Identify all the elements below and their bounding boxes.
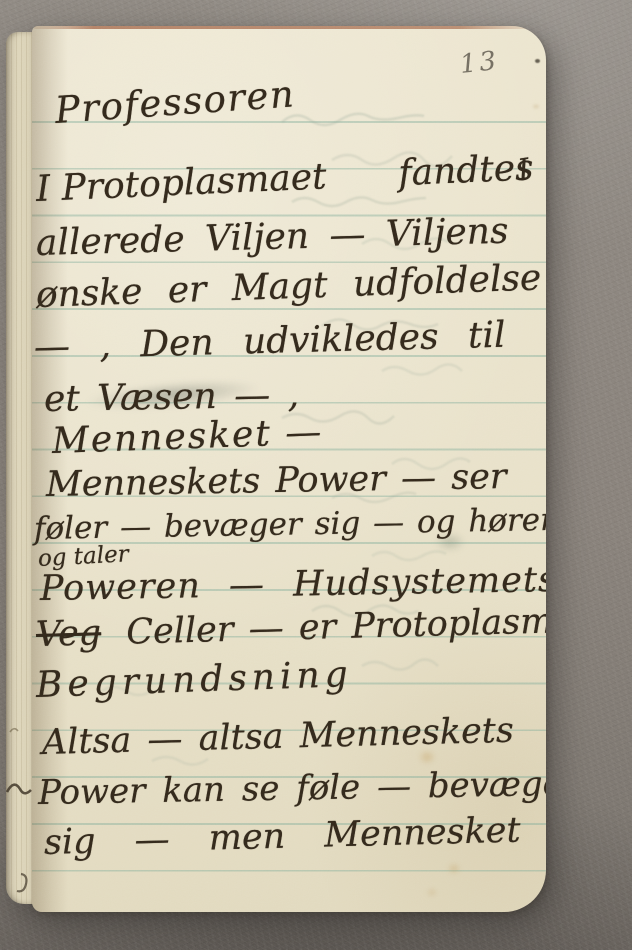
handwritten-line: Veg Celler — er Protoplasmats [36,603,546,653]
handwritten-line: sig — men Mennesket [44,814,521,861]
struck-word: Veg [35,613,101,655]
handwritten-line: — , Den udvikledes til [34,318,506,366]
foxing-stain [444,860,464,877]
handwritten-line: allerede Viljen — Viljens [36,214,509,262]
handwritten-line: ønske er Magt udfoldelse [35,260,541,314]
ink-speck [535,59,540,63]
handwritten-line: føler — bevæger sig — og hører [34,505,546,545]
page-number: 13 [459,48,501,78]
line-segment: I Protoplasmaet [35,159,327,208]
line-segment: Celler — er Protoplasmats [126,600,546,653]
handwritten-line: Mennesket — [51,415,323,460]
manuscript-heading: Professoren [54,75,297,129]
notebook: 13 Professoren I Protoplasmaet fandtes I… [6,24,546,914]
handwritten-line: I Protoplasmaet fandtes [35,150,534,208]
handwritten-line: Power kan se føle — bevæge [38,767,546,810]
handwritten-line: Altsa — altsa Menneskets [42,714,515,761]
handwritten-line: et Væsen — , [44,378,300,418]
foxing-stain [530,102,542,111]
foxing-stain [424,886,440,899]
notebook-page: 13 Professoren I Protoplasmaet fandtes I… [32,26,546,912]
line-segment: fandtes [398,150,535,192]
photograph-of-notebook: 13 Professoren I Protoplasmaet fandtes I… [0,0,632,950]
handwritten-line: Poweren — Hudsystemets [40,563,546,607]
handwritten-line: Begrundsning [35,657,353,704]
page-top-edge-tint [34,26,530,29]
handwritten-line: Menneskets Power — ser [46,460,507,503]
